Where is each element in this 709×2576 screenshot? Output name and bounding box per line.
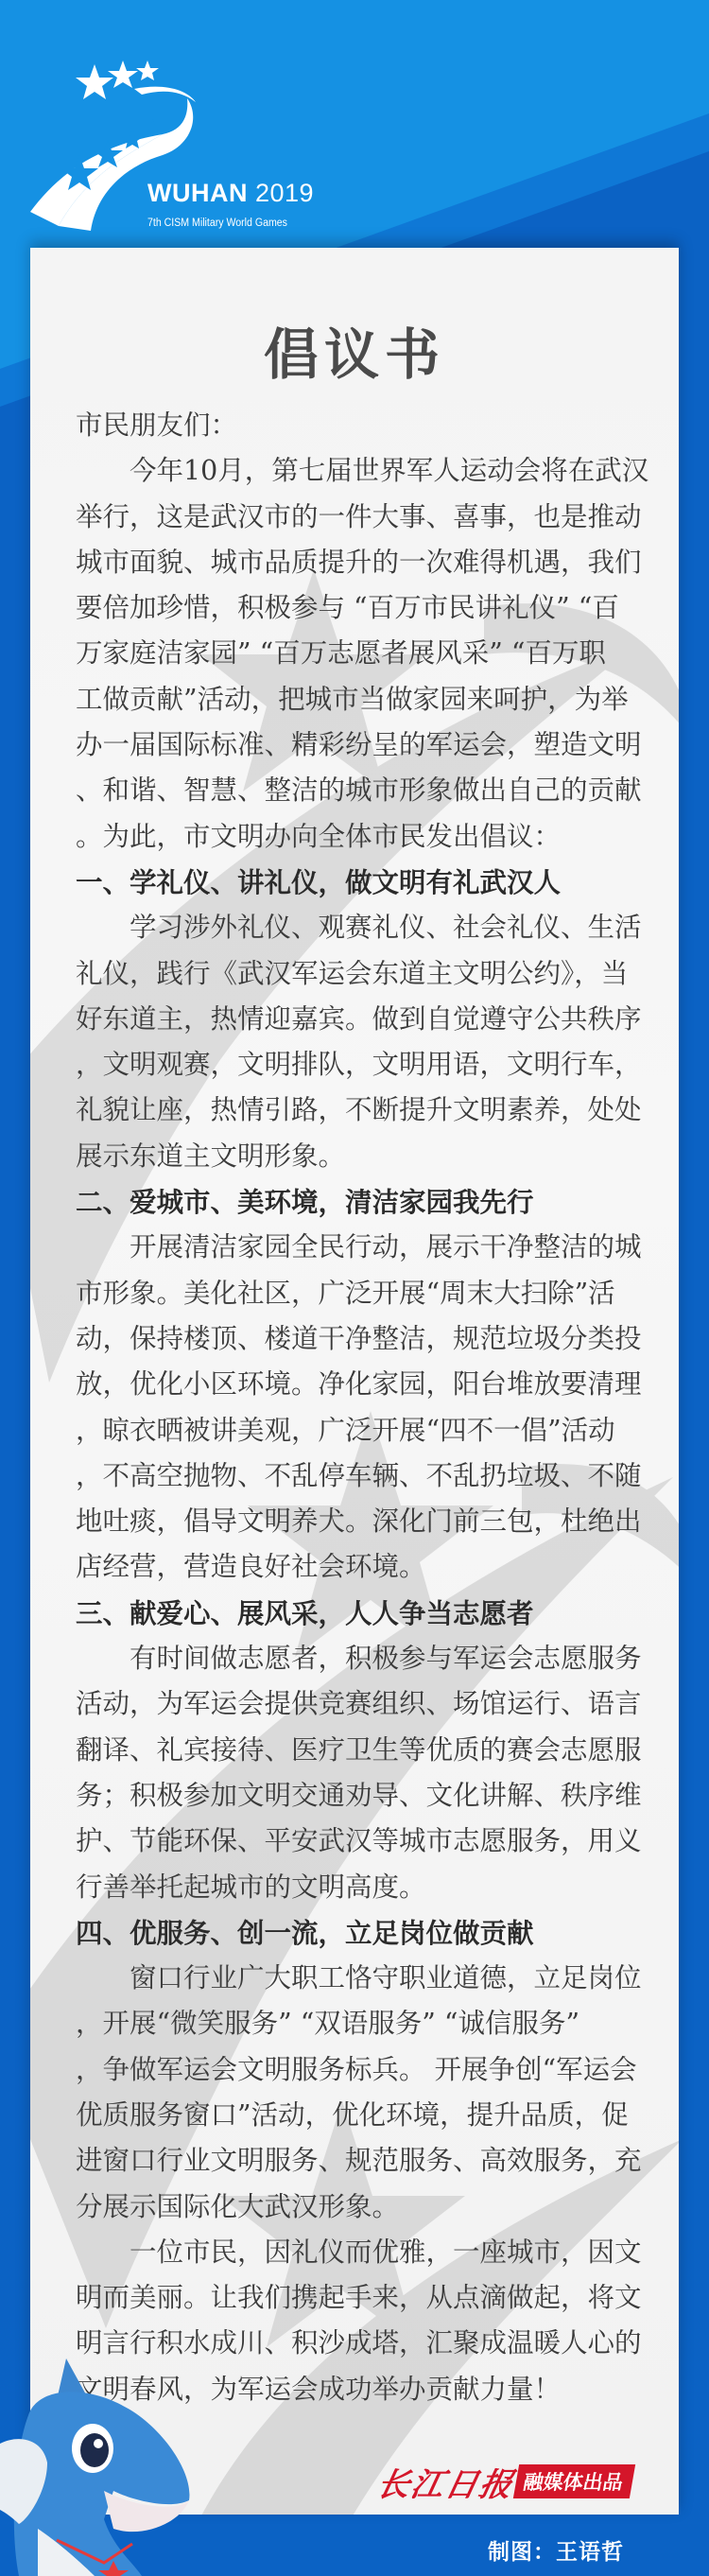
body-line: 进窗口行业文明服务、规范服务、高效服务，充 bbox=[76, 2138, 648, 2184]
body-line: 万家庭洁家园” “百万志愿者展风采” “百万职 bbox=[76, 631, 648, 676]
section-heading: 一、学礼仪、讲礼仪，做文明有礼武汉人 bbox=[76, 860, 648, 905]
body-line: 好东道主，热情迎嘉宾。做到自觉遵守公共秩序 bbox=[76, 997, 648, 1042]
body-line: ，争做军运会文明服务标兵。 开展争创“军运会 bbox=[76, 2047, 648, 2093]
body-line: 市形象。美化社区，广泛开展“周末大扫除”活 bbox=[76, 1271, 648, 1316]
logo-title: WUHAN 2019 bbox=[147, 179, 314, 208]
body-line: 举行，这是武汉市的一件大事、喜事，也是推动 bbox=[76, 495, 648, 540]
publisher-brand: 长江日报 融媒体出品 bbox=[378, 2463, 632, 2500]
body-line: 今年10月，第七届世界军人运动会将在武汉 bbox=[76, 448, 648, 494]
stars-ribbon-icon bbox=[21, 61, 304, 240]
body-line: 护、节能环保、平安武汉等城市志愿服务，用义 bbox=[76, 1819, 648, 1864]
body-line: 活动，为军运会提供竞赛组织、场馆运行、语言 bbox=[76, 1681, 648, 1727]
body-line: ，晾衣晒被讲美观，广泛开展“四不一倡”活动 bbox=[76, 1408, 648, 1453]
brand-name: 长江日报 bbox=[373, 2459, 519, 2505]
body-line: 开展清洁家园全民行动，展示干净整洁的城 bbox=[76, 1225, 648, 1270]
design-credit: 制图：王语哲 bbox=[488, 2534, 624, 2566]
body-line: 市民朋友们： bbox=[76, 403, 648, 448]
body-line: 放，优化小区环境。净化家园，阳台堆放要清理 bbox=[76, 1362, 648, 1407]
page-title: 倡议书 bbox=[30, 310, 679, 390]
body-line: 窗口行业广大职工恪守职业道德，立足岗位 bbox=[76, 1956, 648, 2001]
body-line: 礼仪，践行《武汉军运会东道主文明公约》，当 bbox=[76, 951, 648, 997]
body-line: 展示东道主文明形象。 bbox=[76, 1134, 648, 1179]
proposal-paper: 倡议书 市民朋友们：今年10月，第七届世界军人运动会将在武汉举行，这是武汉市的一… bbox=[30, 248, 679, 2515]
body-line: ，文明观赛，文明排队，文明用语，文明行车， bbox=[76, 1042, 648, 1088]
body-line: 。为此，市文明办向全体市民发出倡议： bbox=[76, 814, 648, 860]
body-line: 地吐痰，倡导文明养犬。深化门前三包，杜绝出 bbox=[76, 1499, 648, 1544]
body-line: 行善举托起城市的文明高度。 bbox=[76, 1865, 648, 1910]
body-line: 办一届国际标准、精彩纷呈的军运会，塑造文明 bbox=[76, 722, 648, 768]
body-line: 店经营，营造良好社会环境。 bbox=[76, 1544, 648, 1590]
body-line: 学习涉外礼仪、观赛礼仪、社会礼仪、生活 bbox=[76, 905, 648, 950]
body-line: 有时间做志愿者，积极参与军运会志愿服务 bbox=[76, 1636, 648, 1681]
section-heading: 三、献爱心、展风采，人人争当志愿者 bbox=[76, 1591, 648, 1636]
body-line: 要倍加珍惜，积极参与 “百万市民讲礼仪” “百 bbox=[76, 585, 648, 631]
games-logo: WUHAN 2019 7th CISM Military World Games bbox=[21, 61, 304, 240]
logo-subtitle: 7th CISM Military World Games bbox=[147, 218, 287, 229]
body-line: 务；积极参加文明交通劝导、文化讲解、秩序维 bbox=[76, 1773, 648, 1819]
section-heading: 二、爱城市、美环境，清洁家园我先行 bbox=[76, 1179, 648, 1225]
dolphin-mascot-icon bbox=[0, 2358, 199, 2576]
body-line: 、和谐、智慧、整洁的城市形象做出自己的贡献 bbox=[76, 768, 648, 813]
body-line: 翻译、礼宾接待、医疗卫生等优质的赛会志愿服 bbox=[76, 1728, 648, 1773]
body-line: 明而美丽。让我们携起手来，从点滴做起，将文 bbox=[76, 2275, 648, 2321]
body-line: 优质服务窗口”活动，优化环境，提升品质，促 bbox=[76, 2093, 648, 2138]
body-line: 分展示国际化大武汉形象。 bbox=[76, 2184, 648, 2230]
brand-tag: 融媒体出品 bbox=[513, 2464, 635, 2498]
proposal-body: 市民朋友们：今年10月，第七届世界军人运动会将在武汉举行，这是武汉市的一件大事、… bbox=[76, 403, 648, 2412]
body-line: 工做贡献”活动，把城市当做家园来呵护，为举 bbox=[76, 677, 648, 722]
body-line: 一位市民，因礼仪而优雅，一座城市，因文 bbox=[76, 2230, 648, 2275]
body-line: ，不高空抛物、不乱停车辆、不乱扔垃圾、不随 bbox=[76, 1453, 648, 1499]
body-line: 动，保持楼顶、楼道干净整洁，规范垃圾分类投 bbox=[76, 1316, 648, 1362]
section-heading: 四、优服务、创一流，立足岗位做贡献 bbox=[76, 1910, 648, 1956]
body-line: 城市面貌、城市品质提升的一次难得机遇，我们 bbox=[76, 540, 648, 585]
body-line: 礼貌让座，热情引路，不断提升文明素养，处处 bbox=[76, 1088, 648, 1133]
body-line: ，开展“微笑服务” “双语服务” “诚信服务” bbox=[76, 2001, 648, 2046]
